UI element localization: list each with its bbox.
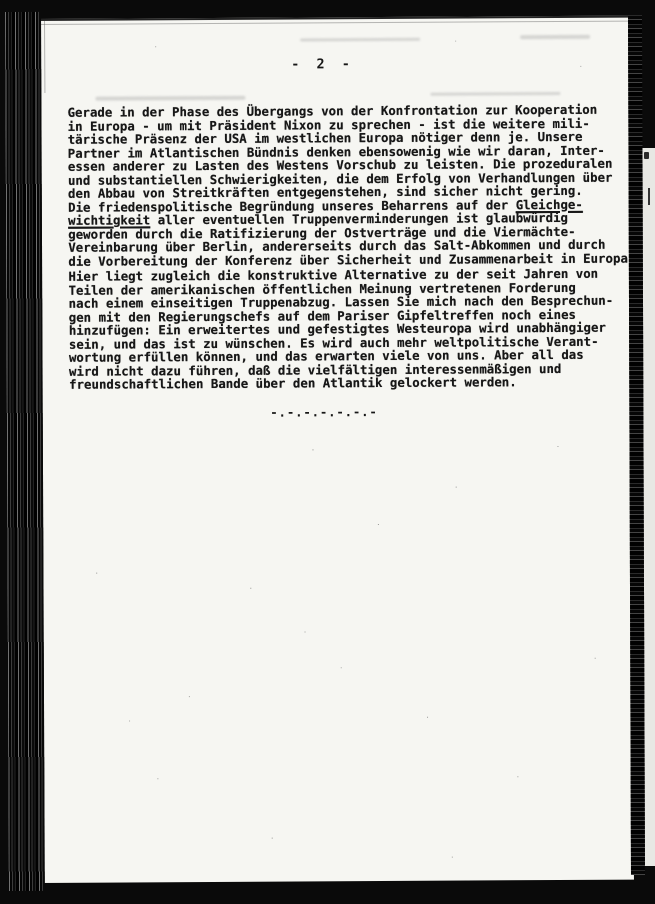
scan-surface: - 2 - Gerade in der Phase des Übergangs … (0, 0, 655, 904)
document-page: - 2 - Gerade in der Phase des Übergangs … (35, 16, 634, 883)
smudge-mark (520, 35, 590, 39)
smudge-mark (300, 38, 420, 42)
section-divider: -.-.-.-.-.-.- (270, 404, 377, 420)
smudge-mark (430, 92, 560, 96)
page-number: - 2 - (291, 56, 351, 72)
page-stack-right-edge (628, 15, 645, 875)
edge-mark (648, 188, 650, 205)
text-line: freundschaftlichen Bande über den Atlant… (69, 375, 614, 392)
paragraph-1: Gerade in der Phase des Übergangs von de… (68, 103, 628, 268)
smudge-mark (95, 96, 245, 101)
edge-mark (644, 152, 649, 159)
paragraph-2: Hier liegt zugleich die konstruktive Alt… (68, 267, 613, 392)
page-top-edge-line (35, 21, 629, 25)
page-stack-left-edge (5, 12, 45, 891)
page-corner-line (44, 21, 45, 93)
